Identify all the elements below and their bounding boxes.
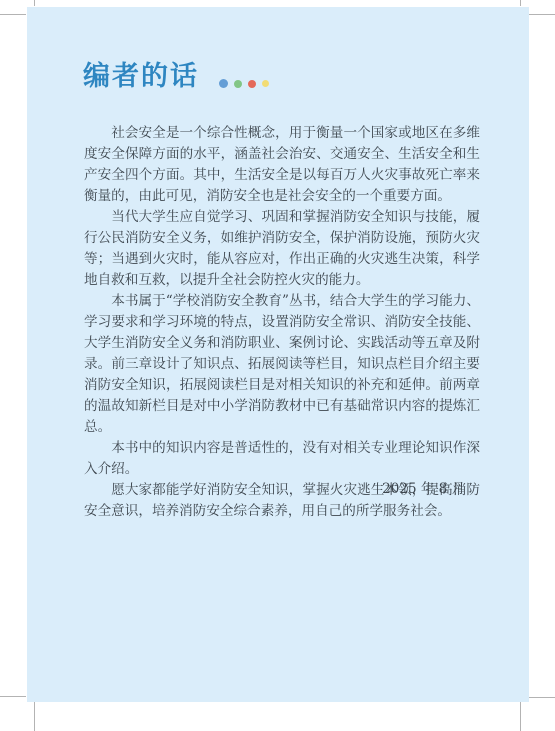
blue-dot-icon bbox=[219, 79, 228, 88]
crop-mark-top-left-vertical bbox=[34, 0, 35, 6]
crop-mark-top-right-horizontal bbox=[529, 14, 555, 15]
paragraph-3: 本书属于“学校消防安全教育”丛书，结合大学生的学习能力、学习要求和学习环境的特点… bbox=[84, 291, 480, 438]
page-title: 编者的话 bbox=[83, 62, 199, 92]
paragraph-4: 本书中的知识内容是普适性的，没有对相关专业理论知识作深入介绍。 bbox=[84, 438, 480, 480]
crop-mark-bottom-left-horizontal bbox=[0, 696, 26, 697]
crop-mark-top-right-vertical bbox=[520, 0, 521, 6]
title-decoration-dots bbox=[213, 79, 269, 88]
publication-date: 2025 年 8 月 bbox=[382, 477, 465, 497]
green-dot-icon bbox=[234, 80, 242, 88]
yellow-dot-icon bbox=[262, 80, 269, 87]
crop-mark-top-left-horizontal bbox=[0, 14, 26, 15]
crop-mark-bottom-right-horizontal bbox=[529, 697, 555, 698]
preface-body: 社会安全是一个综合性概念，用于衡量一个国家或地区在多维度安全保障方面的水平，涵盖… bbox=[84, 123, 480, 522]
book-page: 编者的话 社会安全是一个综合性概念，用于衡量一个国家或地区在多维度安全保障方面的… bbox=[0, 0, 555, 731]
crop-mark-bottom-left-vertical bbox=[34, 702, 35, 731]
red-dot-icon bbox=[248, 80, 256, 88]
title-row: 编者的话 bbox=[83, 62, 269, 92]
paragraph-1: 社会安全是一个综合性概念，用于衡量一个国家或地区在多维度安全保障方面的水平，涵盖… bbox=[84, 123, 480, 207]
paragraph-2: 当代大学生应自觉学习、巩固和掌握消防安全知识与技能，履行公民消防安全义务，如维护… bbox=[84, 207, 480, 291]
content-panel: 编者的话 社会安全是一个综合性概念，用于衡量一个国家或地区在多维度安全保障方面的… bbox=[27, 7, 529, 702]
crop-mark-bottom-right-vertical bbox=[520, 702, 521, 731]
